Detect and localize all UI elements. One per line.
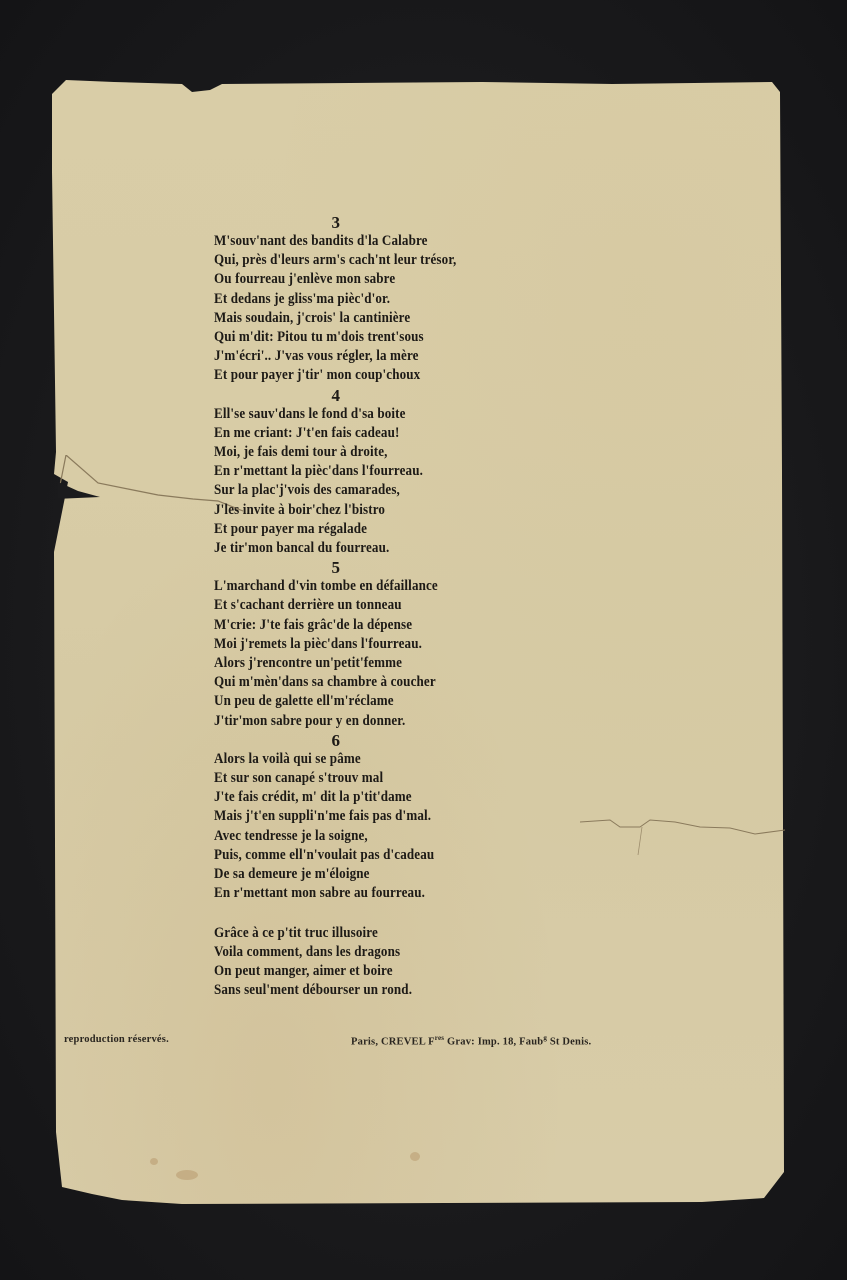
stanza-4: 4 Ell'se sauv'dans le fond d'sa boite En… <box>214 386 534 559</box>
poem-line: L'marchand d'vin tombe en défaillance <box>214 577 508 596</box>
poem-line: Puis, comme ell'n'voulait pas d'cadeau <box>214 846 508 865</box>
poem-line: Ou fourreau j'enlève mon sabre <box>214 270 508 289</box>
rights-notice: reproduction réservés. <box>64 1034 169 1045</box>
poem-line: Un peu de galette ell'm'réclame <box>214 692 508 711</box>
poem-line: Ell'se sauv'dans le fond d'sa boite <box>214 405 508 424</box>
poem-body: 3 M'souv'nant des bandits d'la Calabre Q… <box>214 213 534 1000</box>
poem-line: Avec tendresse je la soigne, <box>214 827 508 846</box>
poem-line: En r'mettant mon sabre au fourreau. <box>214 884 508 903</box>
poem-line: M'crie: J'te fais grâc'de la dépense <box>214 616 508 635</box>
poem-line: Et dedans je gliss'ma pièc'd'or. <box>214 290 508 309</box>
poem-line: Moi j'remets la pièc'dans l'fourreau. <box>214 635 508 654</box>
stanza-5: 5 L'marchand d'vin tombe en défaillance … <box>214 558 534 731</box>
stanza-number: 3 <box>206 213 466 232</box>
poem-line: On peut manger, aimer et boire <box>214 962 508 981</box>
poem-line: Et pour payer ma régalade <box>214 520 508 539</box>
poem-line: J'te fais crédit, m' dit la p'tit'dame <box>214 788 508 807</box>
stanza-6: 6 Alors la voilà qui se pâme Et sur son … <box>214 731 534 904</box>
poem-line: Et sur son canapé s'trouv mal <box>214 769 508 788</box>
poem-line: Je tir'mon bancal du fourreau. <box>214 539 508 558</box>
poem-line: J'tir'mon sabre pour y en donner. <box>214 712 508 731</box>
poem-line: Mais j't'en suppli'n'me fais pas d'mal. <box>214 807 508 826</box>
stanza-number: 4 <box>206 386 466 405</box>
printer-imprint: Paris, CREVEL Fres Grav: Imp. 18, Faubg … <box>351 1034 591 1048</box>
poem-line: Moi, je fais demi tour à droite, <box>214 443 508 462</box>
stanza-3: 3 M'souv'nant des bandits d'la Calabre Q… <box>214 213 534 386</box>
poem-line: Qui m'mèn'dans sa chambre à coucher <box>214 673 508 692</box>
poem-line: De sa demeure je m'éloigne <box>214 865 508 884</box>
closing-stanza: Grâce à ce p'tit truc illusoire Voila co… <box>214 924 534 1001</box>
poem-line: M'souv'nant des bandits d'la Calabre <box>214 232 508 251</box>
poem-line: Alors j'rencontre un'petit'femme <box>214 654 508 673</box>
poem-line: Sans seul'ment débourser un rond. <box>214 981 508 1000</box>
poem-line: J'm'écri'.. J'vas vous régler, la mère <box>214 347 508 366</box>
poem-line: Mais soudain, j'crois' la cantinière <box>214 309 508 328</box>
poem-line: Qui, près d'leurs arm's cach'nt leur tré… <box>214 251 508 270</box>
poem-line: En r'mettant la pièc'dans l'fourreau. <box>214 462 508 481</box>
imprint-prefix: Paris, CREVEL F <box>351 1037 435 1048</box>
imprint-suffix: St Denis. <box>547 1037 591 1048</box>
poem-line: Grâce à ce p'tit truc illusoire <box>214 924 508 943</box>
poem-line: Et s'cachant derrière un tonneau <box>214 596 508 615</box>
stanza-spacer <box>214 904 534 924</box>
poem-line: Alors la voilà qui se pâme <box>214 750 508 769</box>
stanza-number: 5 <box>206 558 466 577</box>
poem-line: Voila comment, dans les dragons <box>214 943 508 962</box>
stanza-number: 6 <box>206 731 466 750</box>
poem-line: J'les invite à boir'chez l'bistro <box>214 501 508 520</box>
poem-line: Et pour payer j'tir' mon coup'choux <box>214 366 508 385</box>
imprint-middle: Grav: Imp. 18, Faub <box>444 1037 543 1048</box>
poem-line: Sur la plac'j'vois des camarades, <box>214 481 508 500</box>
poem-line: Qui m'dit: Pitou tu m'dois trent'sous <box>214 328 508 347</box>
imprint-superscript: res <box>435 1034 444 1042</box>
poem-line: En me criant: J't'en fais cadeau! <box>214 424 508 443</box>
